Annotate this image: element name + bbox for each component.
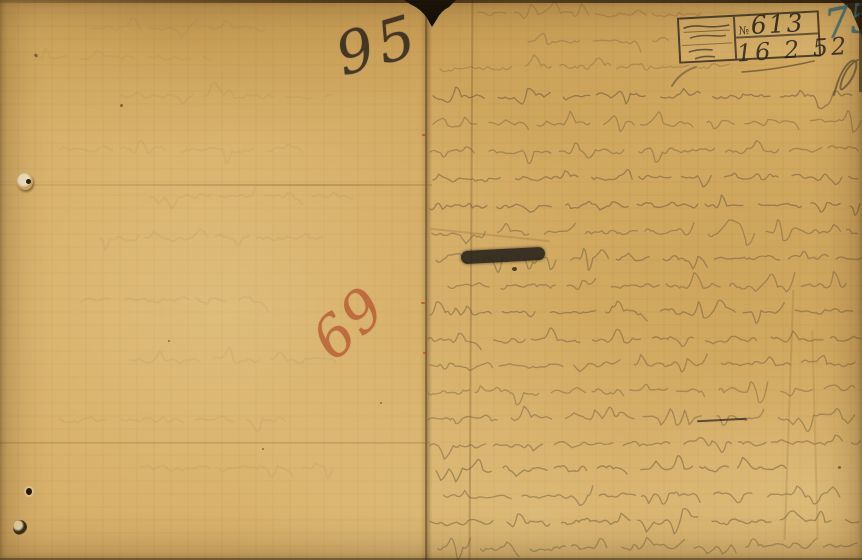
stamp-right-cell: № 613 16 2 52 — [735, 12, 819, 58]
photo-top-edge — [0, 0, 862, 3]
stamp-date: 16 2 52 — [736, 34, 850, 66]
red-fiber-tick — [423, 352, 427, 354]
ink-blot — [512, 267, 517, 271]
horizontal-crease — [0, 442, 430, 444]
horizontal-crease — [0, 184, 432, 186]
paper-speck — [262, 448, 264, 450]
paper-speck — [120, 104, 123, 107]
letter-scan: 95 69 75 № 613 16 2 52 — [0, 0, 862, 560]
paper-speck — [380, 402, 382, 404]
worm-hole — [13, 520, 27, 535]
red-fiber-tick — [421, 302, 425, 304]
stamp-number: 613 — [750, 12, 805, 36]
numero-sign: № — [738, 25, 749, 37]
paper-speck — [168, 340, 170, 342]
paper-speck — [838, 466, 841, 469]
worm-hole — [26, 488, 32, 495]
stamp-left-cell — [679, 17, 737, 62]
red-fiber-tick — [422, 134, 426, 136]
stamp-small-print — [679, 17, 737, 62]
archive-stamp: № 613 16 2 52 — [677, 10, 821, 63]
punch-hole — [17, 173, 33, 190]
center-fold-line — [425, 0, 427, 560]
